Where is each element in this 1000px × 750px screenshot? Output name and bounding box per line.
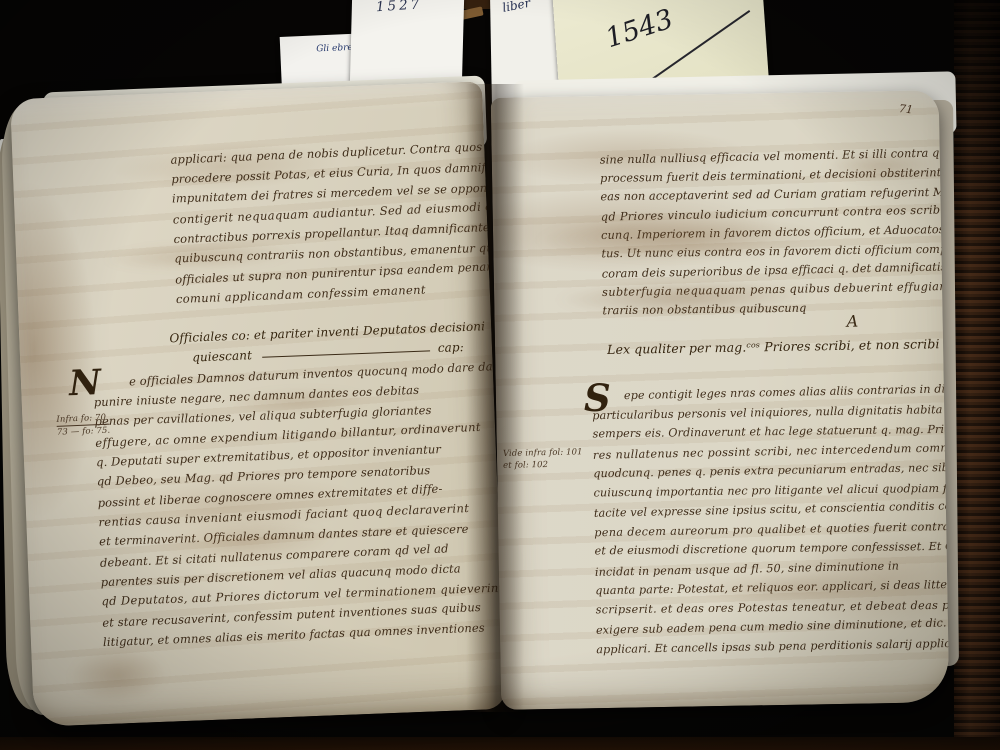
- handwritten-line: et fol: 102: [503, 458, 591, 472]
- rubric-cap: cap:: [438, 340, 465, 355]
- right-margin-note: Vide infra fol: 101et fol: 102: [503, 446, 591, 472]
- left-paragraph-2: e officiales Damnos daturum inventos quo…: [93, 357, 497, 652]
- rubric-rule-line: [262, 350, 430, 357]
- left-page: applicari: qua pena de nobis duplicetur.…: [10, 81, 506, 727]
- left-margin-note: Infra fo: 7073 — fo: 75.: [56, 412, 110, 439]
- handwritten-line: Infra fo: 70: [56, 412, 110, 427]
- handwritten-line: 73 — fo: 75.: [57, 425, 111, 439]
- wood-table-right-edge: [954, 0, 1000, 750]
- right-rubric-heading: Lex qualiter per mag.ᶜᵒˢ Priores scribi,…: [607, 335, 949, 357]
- drop-cap-S: S: [584, 376, 611, 420]
- rubric-word: quiescant: [192, 348, 252, 364]
- sticky-year-text: 1543: [602, 4, 677, 55]
- slip-year-1527-text: 1527: [375, 0, 422, 15]
- drop-cap-N: N: [68, 362, 102, 404]
- ink-stain: [67, 646, 169, 706]
- handwritten-line: trariis non obstantibus quibuscunq: [602, 297, 934, 320]
- left-paragraph-1: applicari: qua pena de nobis duplicetur.…: [170, 138, 478, 309]
- right-page: 71 sine nulla nulliusq efficacia vel mom…: [491, 90, 950, 710]
- slip-liber-text: liber: [501, 0, 531, 15]
- right-paragraph-1: sine nulla nulliusq efficacia vel moment…: [600, 144, 935, 321]
- wood-table-bottom-edge: [0, 737, 1000, 750]
- manuscript-photo-scene: ci w Gli ebrei w 1527 liber 1543 92 appl…: [0, 0, 1000, 750]
- right-paragraph-2: epe contigit leges nras comes alias alii…: [592, 380, 949, 659]
- flourish-mark: A: [846, 312, 858, 331]
- handwritten-line: Vide infra fol: 101: [503, 446, 591, 460]
- folio-number: 71: [898, 102, 913, 116]
